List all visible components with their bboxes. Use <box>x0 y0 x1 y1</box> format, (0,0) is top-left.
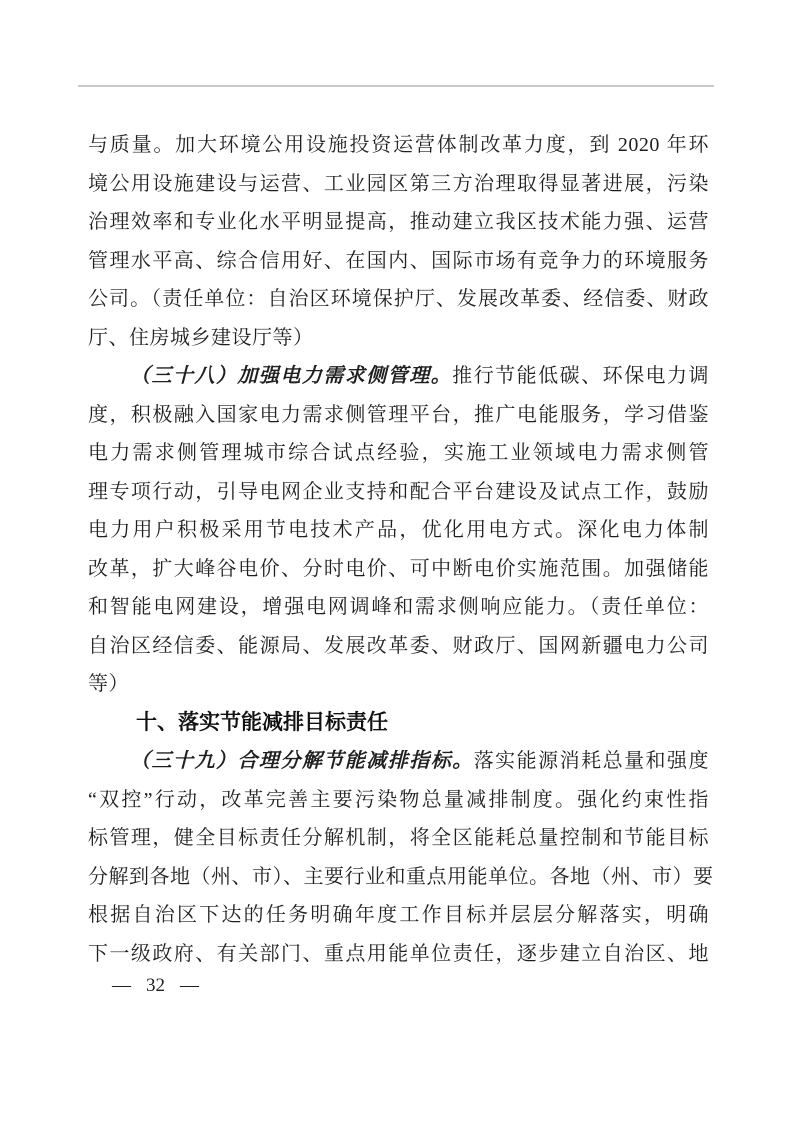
header-rule <box>78 85 714 87</box>
body-line: 电力需求侧管理城市综合试点经验，实施工业领域电力需求侧管 <box>88 434 709 473</box>
page-number-dash-left: — <box>112 975 131 997</box>
page-number: — 32 — <box>112 975 199 997</box>
clause-39-lead: （三十九）合理分解节能减排指标。 <box>130 750 474 772</box>
paragraph-end-line: 等） <box>88 665 709 704</box>
paragraph-lead-line: （三十九）合理分解节能减排指标。落实能源消耗总量和强度 <box>88 742 709 781</box>
paragraph-end-line: 厅、住房城乡建设厅等） <box>88 319 709 358</box>
body-line: “双控”行动，改革完善主要污染物总量减排制度。强化约束性指 <box>88 781 709 820</box>
body-line: 理专项行动，引导电网企业支持和配合平台建设及试点工作，鼓励 <box>88 473 709 512</box>
page-content: 与质量。加大环境公用设施投资运营体制改革力度，到 2020 年环 境公用设施建设… <box>88 126 709 973</box>
clause-38-lead-rest: 推行节能低碳、环保电力调 <box>452 365 709 387</box>
section-heading: 十、落实节能减排目标责任 <box>88 704 709 743</box>
body-line: 自治区经信委、能源局、发展改革委、财政厅、国网新疆电力公司 <box>88 627 709 666</box>
paragraph-lead-line: （三十八）加强电力需求侧管理。推行节能低碳、环保电力调 <box>88 357 709 396</box>
body-line: 下一级政府、有关部门、重点用能单位责任，逐步建立自治区、地 <box>88 935 709 974</box>
body-line: 治理效率和专业化水平明显提高，推动建立我区技术能力强、运营 <box>88 203 709 242</box>
body-line: 管理水平高、综合信用好、在国内、国际市场有竞争力的环境服务 <box>88 242 709 281</box>
page-number-dash-right: — <box>180 975 199 997</box>
body-line: 根据自治区下达的任务明确年度工作目标并层层分解落实，明确 <box>88 896 709 935</box>
body-line: 标管理，健全目标责任分解机制，将全区能耗总量控制和节能目标 <box>88 819 709 858</box>
body-line: 电力用户积极采用节电技术产品，优化用电方式。深化电力体制 <box>88 511 709 550</box>
clause-38-lead: （三十八）加强电力需求侧管理。 <box>130 365 452 387</box>
body-line: 度，积极融入国家电力需求侧管理平台，推广电能服务，学习借鉴 <box>88 396 709 435</box>
clause-39-lead-rest: 落实能源消耗总量和强度 <box>474 750 709 772</box>
body-line: 分解到各地（州、市）、主要行业和重点用能单位。各地（州、市）要 <box>88 858 709 897</box>
body-line: 与质量。加大环境公用设施投资运营体制改革力度，到 2020 年环 <box>88 126 709 165</box>
document-page: 与质量。加大环境公用设施投资运营体制改革力度，到 2020 年环 境公用设施建设… <box>0 0 793 1122</box>
body-line: 境公用设施建设与运营、工业园区第三方治理取得显著进展，污染 <box>88 165 709 204</box>
page-number-value: 32 <box>146 975 165 997</box>
body-line: 改革，扩大峰谷电价、分时电价、可中断电价实施范围。加强储能 <box>88 550 709 589</box>
body-line: 公司。（责任单位：自治区环境保护厅、发展改革委、经信委、财政 <box>88 280 709 319</box>
body-line: 和智能电网建设，增强电网调峰和需求侧响应能力。（责任单位： <box>88 588 709 627</box>
